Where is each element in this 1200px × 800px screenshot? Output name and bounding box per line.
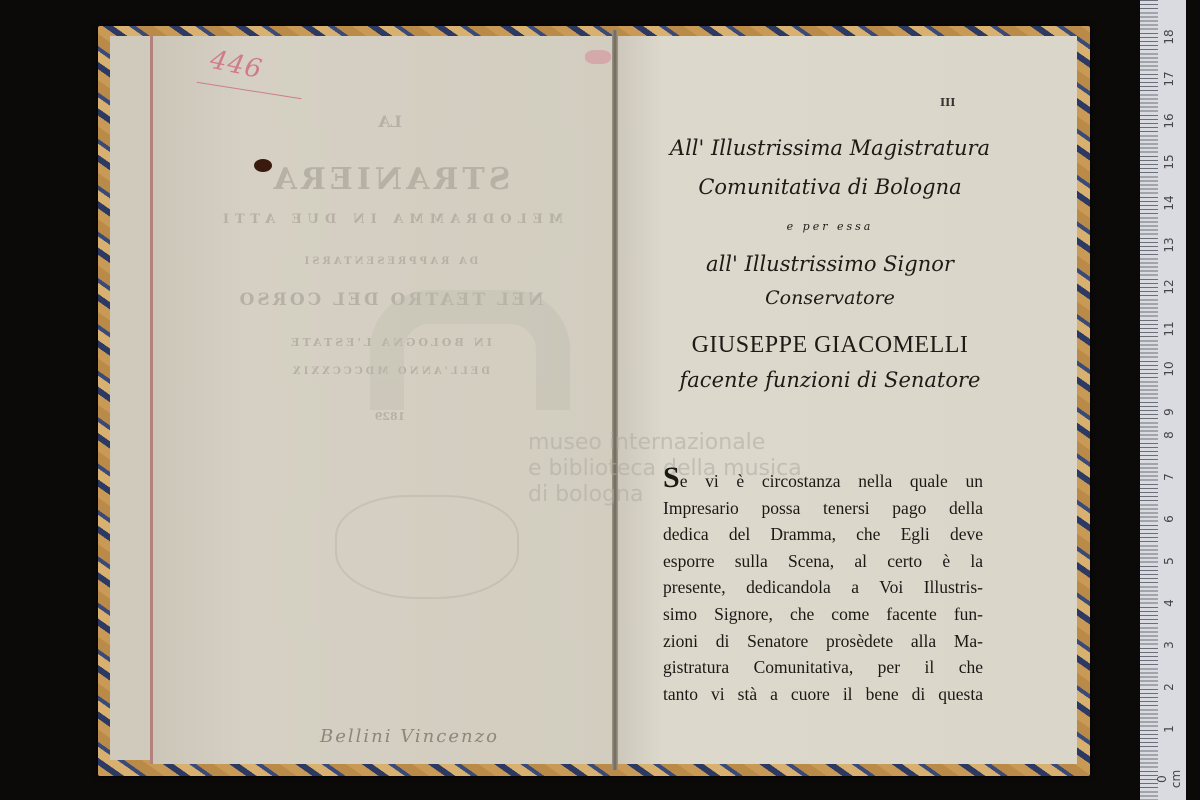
body-line: Se vi è circostanza nella quale un [663,468,983,495]
body-line: esporre sulla Scena, al certo è la [663,548,983,575]
dedicatee-name: GIUSEPPE GIACOMELLI [630,332,1030,359]
ruler-label: 3 [1162,634,1176,656]
dedication-line: facente funzioni di Senatore [630,368,1030,392]
body-line: zioni di Senatore prosèdete alla Ma- [663,628,983,655]
ruler-label: 10 [1162,358,1176,380]
dedication-line: Conservatore [630,287,1030,309]
body-line: Impresario possa tenersi pago della [663,495,983,522]
drop-cap: S [663,461,680,494]
ruler-label: 11 [1162,318,1176,340]
ruler-label: 2 [1162,676,1176,698]
book-gutter [612,30,618,770]
ruler-label: 13 [1162,234,1176,256]
dedication-line: Comunitativa di Bologna [630,175,1030,199]
ruler-label: 5 [1162,550,1176,572]
body-line: dedica del Dramma, che Egli deve [663,521,983,548]
bleed-through-title: STRANIERA [200,162,580,197]
dedication-line: e per essa [630,220,1030,233]
ruler-label: 4 [1162,592,1176,614]
ruler-label: 18 [1162,26,1176,48]
measurement-ruler: 0 cm 1 2 3 4 5 6 7 8 9 10 11 12 13 14 15… [1140,0,1186,800]
page-number: III [940,96,955,109]
body-line: presente, dedicandola a Voi Illustris- [663,574,983,601]
ruler-label: 6 [1162,508,1176,530]
ruler-label: 12 [1162,276,1176,298]
ruler-label: 9 [1162,401,1176,423]
ruler-label: 16 [1162,110,1176,132]
watermark-line: museo internazionale [528,430,802,456]
bleed-through-line: DA RAPPRESENTARSI [200,256,580,267]
dedication-body: Se vi è circostanza nella quale un Impre… [663,468,983,707]
pink-stain [585,50,611,64]
ruler-label: 17 [1162,68,1176,90]
handwritten-signature: Bellini Vincenzo [320,726,499,747]
ruler-label: 15 [1162,151,1176,173]
bleed-through-year: 1829 [200,410,580,423]
ruler-label: 0 cm [1155,768,1183,790]
ruler-label: 7 [1162,466,1176,488]
body-line: gistratura Comunitativa, per il che [663,654,983,681]
bleed-through-line: LA [200,112,580,131]
bleed-through-line: MELODRAMMA IN DUE ATTI [200,212,580,227]
dedication-line: all' Illustrissimo Signor [630,252,1030,276]
body-line: tanto vi stà a cuore il bene di questa [663,681,983,708]
ruler-ticks [1140,0,1158,800]
embossed-emblem [335,495,519,599]
ruler-label: 1 [1162,718,1176,740]
dedication-line: All' Illustrissima Magistratura [630,136,1030,160]
body-line: simo Signore, che come facente fun- [663,601,983,628]
ruler-label: 8 [1162,424,1176,446]
watermark-logo [370,290,570,410]
ruler-label: 14 [1162,192,1176,214]
